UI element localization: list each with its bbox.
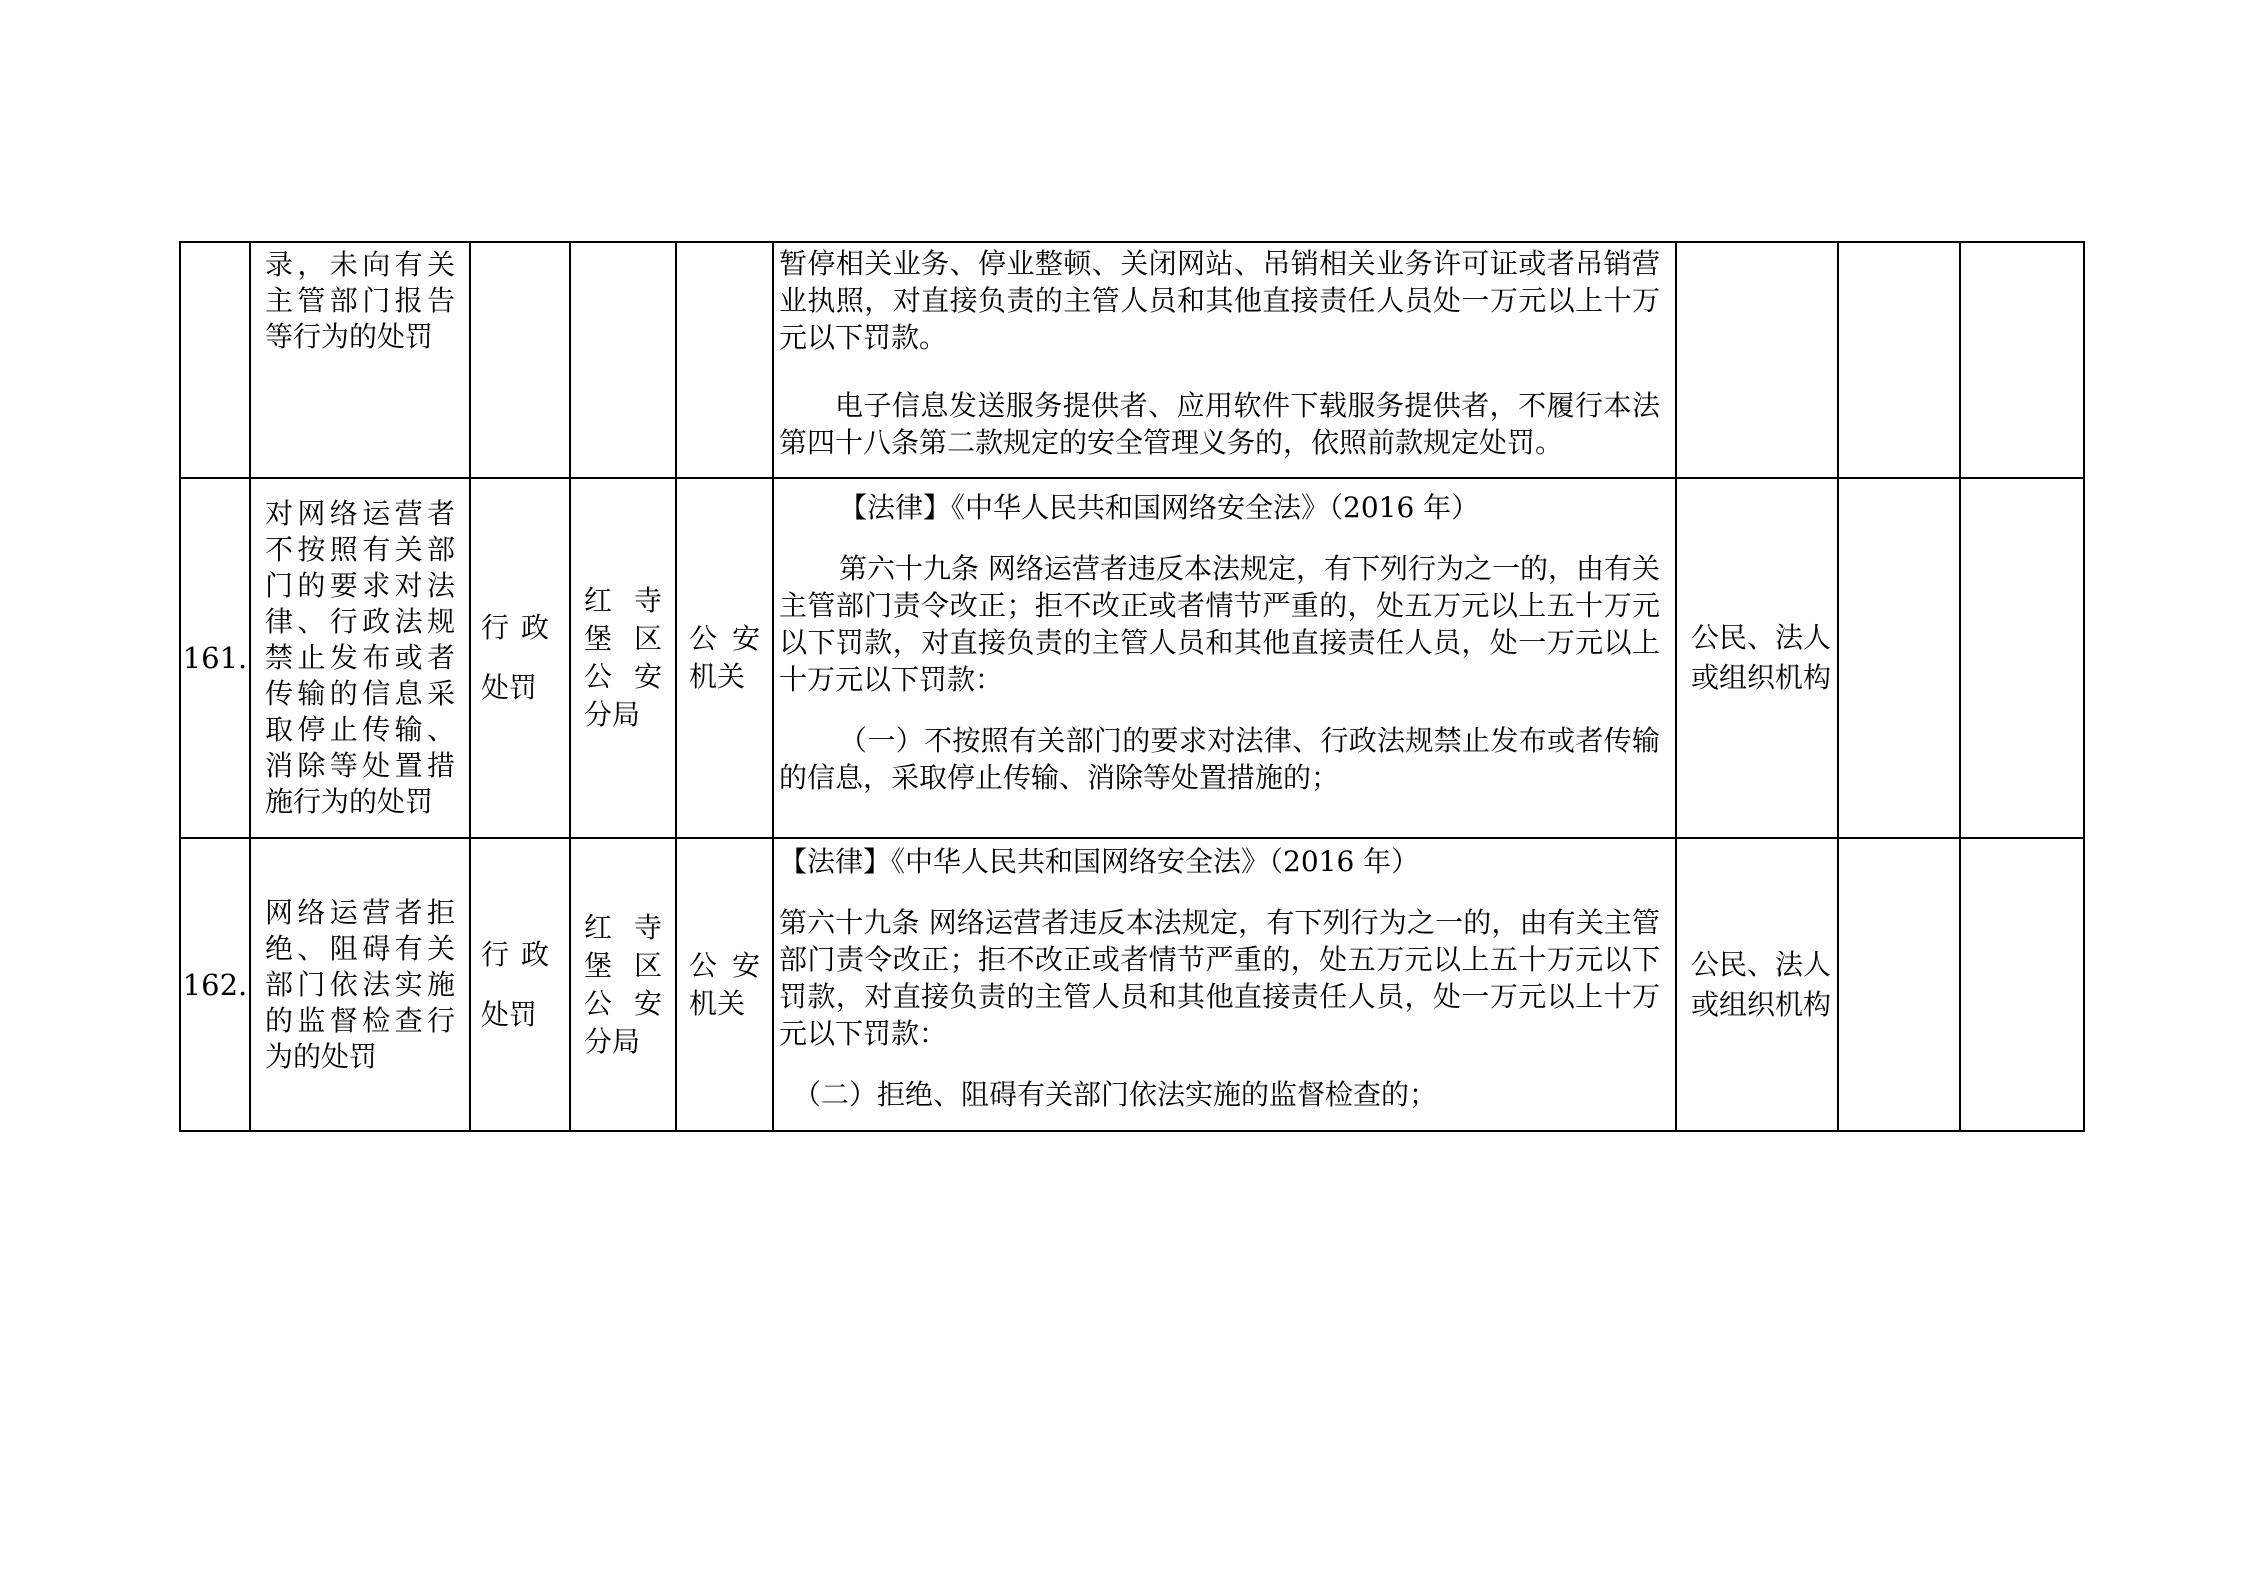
agency-text: 红寺堡区公安分局 (571, 582, 675, 734)
empty-cell (1961, 243, 2085, 479)
legal-basis-cell: 暂停相关业务、停业整顿、关闭网站、吊销相关业务许可证或者吊销营业执照，对直接负责… (774, 243, 1677, 479)
empty-cell (1839, 839, 1961, 1132)
seq-cell (181, 243, 251, 479)
document-page: 录，未向有关主管部门报告等行为的处罚 暂停相关业务、停业整顿、关闭网站、吊销相关… (0, 0, 2245, 1587)
legal-basis-title: 【法律】《中华人民共和国网络安全法》（2016 年） (779, 843, 1660, 880)
item-text: 网络运营者拒绝、阻碍有关部门依法实施的监督检查行为的处罚 (265, 895, 455, 1075)
organ-text: 公安机关 (677, 620, 772, 696)
agency-cell: 红寺堡区公安分局 (571, 839, 677, 1132)
legal-basis-cell: 【法律】《中华人民共和国网络安全法》（2016 年） 第六十九条 网络运营者违反… (774, 839, 1677, 1132)
item-text: 对网络运营者不按照有关部门的要求对法律、行政法规禁止发布或者传输的信息采取停止传… (265, 496, 455, 820)
item-cell: 对网络运营者不按照有关部门的要求对法律、行政法规禁止发布或者传输的信息采取停止传… (251, 479, 471, 839)
penalty-type-text: 行政处罚 (471, 598, 569, 718)
penalty-table: 录，未向有关主管部门报告等行为的处罚 暂停相关业务、停业整顿、关闭网站、吊销相关… (179, 241, 2085, 1132)
penalty-type-cell (471, 243, 571, 479)
target-cell (1677, 243, 1839, 479)
legal-basis-paragraph: （二）拒绝、阻碍有关部门依法实施的监督检查的； (779, 1076, 1660, 1113)
legal-basis-title: 【法律】《中华人民共和国网络安全法》（2016 年） (779, 489, 1660, 526)
penalty-type-cell: 行政处罚 (471, 479, 571, 839)
seq-cell: 161. (181, 479, 251, 839)
legal-basis-paragraph: 电子信息发送服务提供者、应用软件下载服务提供者，不履行本法第四十八条第二款规定的… (779, 387, 1660, 461)
organ-cell: 公安机关 (677, 479, 774, 839)
penalty-type-text: 行政处罚 (471, 925, 569, 1045)
legal-basis-paragraph: 暂停相关业务、停业整顿、关闭网站、吊销相关业务许可证或者吊销营业执照，对直接负责… (779, 245, 1660, 356)
organ-text: 公安机关 (677, 947, 772, 1023)
item-cell: 网络运营者拒绝、阻碍有关部门依法实施的监督检查行为的处罚 (251, 839, 471, 1132)
legal-basis-paragraph: 第六十九条 网络运营者违反本法规定，有下列行为之一的，由有关主管部门责令改正；拒… (779, 550, 1660, 698)
target-cell: 公民、法人或组织机构 (1677, 839, 1839, 1132)
organ-cell (677, 243, 774, 479)
empty-cell (1961, 479, 2085, 839)
legal-basis-paragraph: （一）不按照有关部门的要求对法律、行政法规禁止发布或者传输的信息，采取停止传输、… (779, 722, 1660, 796)
agency-cell: 红寺堡区公安分局 (571, 479, 677, 839)
organ-cell: 公安机关 (677, 839, 774, 1132)
empty-cell (1961, 839, 2085, 1132)
agency-text: 红寺堡区公安分局 (571, 909, 675, 1061)
legal-basis-cell: 【法律】《中华人民共和国网络安全法》（2016 年） 第六十九条 网络运营者违反… (774, 479, 1677, 839)
target-text: 公民、法人或组织机构 (1677, 618, 1837, 698)
agency-cell (571, 243, 677, 479)
empty-cell (1839, 243, 1961, 479)
item-cell: 录，未向有关主管部门报告等行为的处罚 (251, 243, 471, 479)
seq-cell: 162. (181, 839, 251, 1132)
legal-basis-paragraph: 第六十九条 网络运营者违反本法规定，有下列行为之一的，由有关主管部门责令改正；拒… (779, 904, 1660, 1052)
penalty-type-cell: 行政处罚 (471, 839, 571, 1132)
target-text: 公民、法人或组织机构 (1677, 945, 1837, 1025)
target-cell: 公民、法人或组织机构 (1677, 479, 1839, 839)
empty-cell (1839, 479, 1961, 839)
